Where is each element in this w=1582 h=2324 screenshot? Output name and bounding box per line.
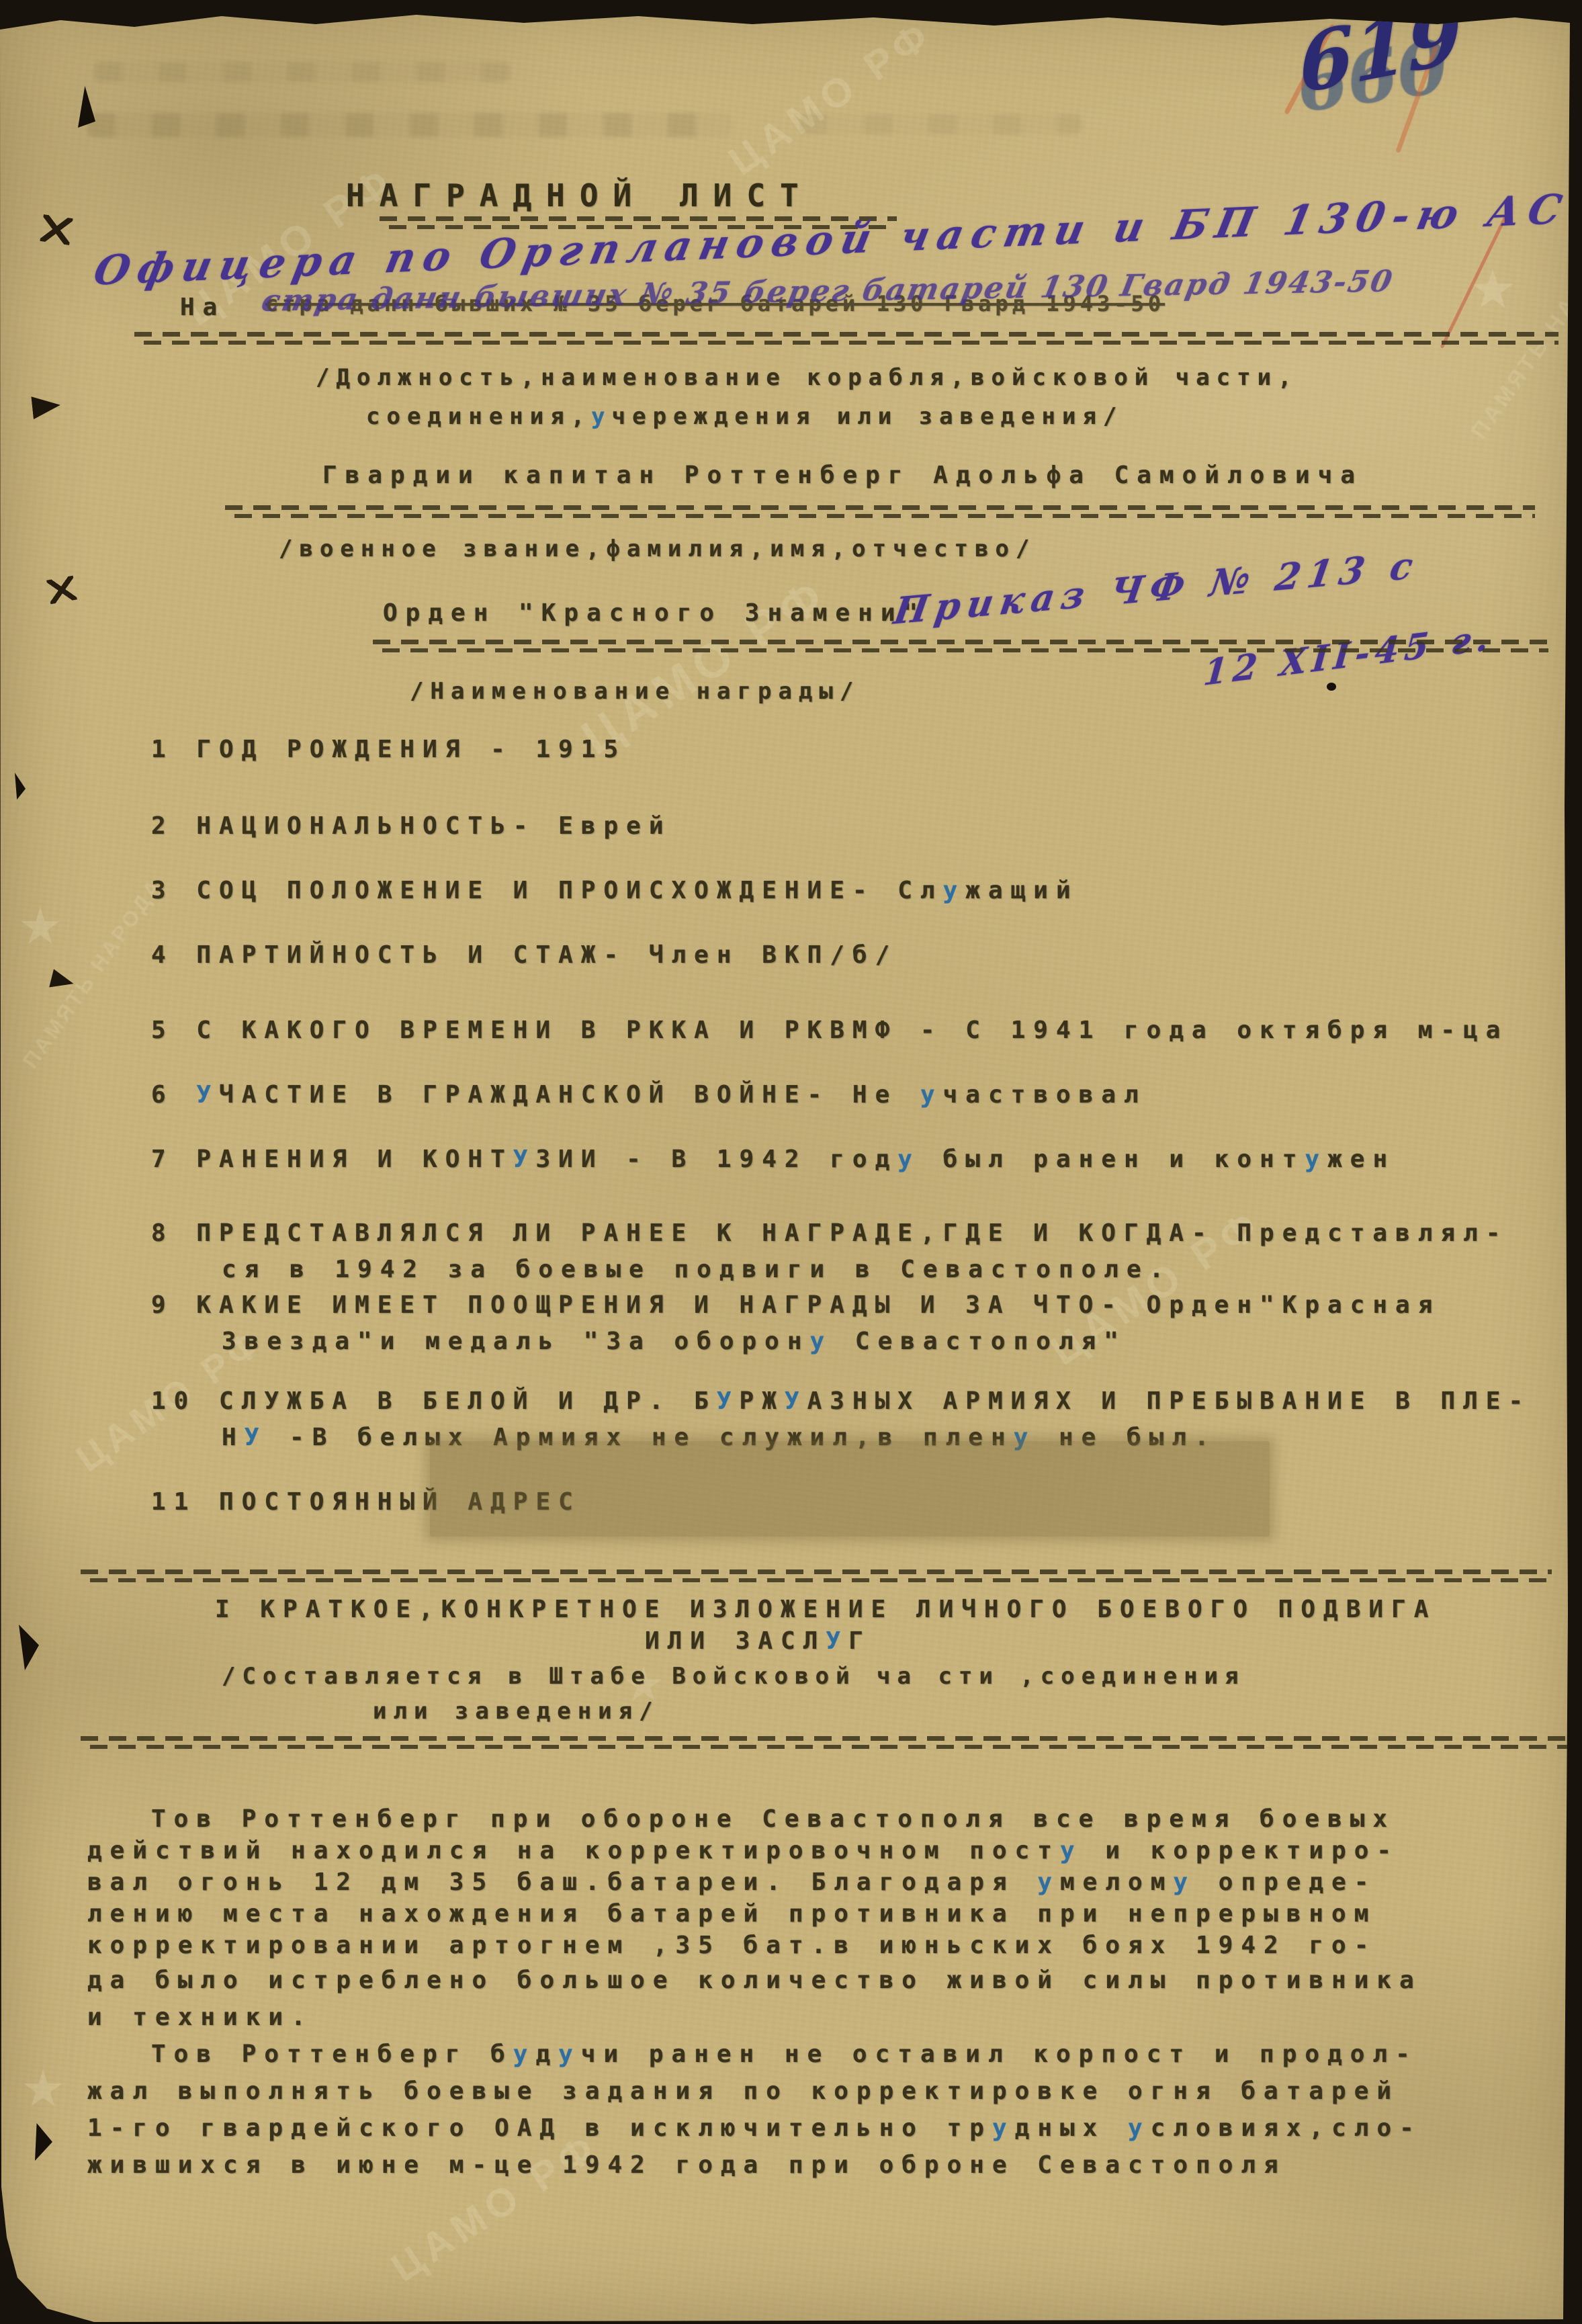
pamyat-naroda-star-icon: [23, 2069, 63, 2110]
item-white-army-line1: 10 СЛУЖБА В БЕЛОЙ И ДР. БУРЖУАЗНЫХ АРМИЯ…: [151, 1389, 1531, 1414]
typed-text-segment: чи ранен не оставил корпост и продол-: [581, 2040, 1418, 2068]
blue-ink-correction: у: [1037, 1868, 1060, 1896]
blue-ink-correction: у: [591, 403, 611, 430]
na-prefix: На: [180, 296, 225, 320]
award-name-line: Орден "Красного Знамени": [383, 601, 926, 626]
blue-ink-correction: У: [785, 1387, 807, 1415]
dashed-divider: [81, 1736, 1569, 1750]
typed-text-segment: 6: [151, 1081, 196, 1109]
item-prior-nominations-line1: 8 ПРЕДСТАВЛЯЛСЯ ЛИ РАНЕЕ К НАГРАДЕ,ГДЕ И…: [151, 1221, 1508, 1246]
blue-ink-correction: У: [245, 1424, 267, 1451]
item-wounds: 7 РАНЕНИЯ И КОНТУЗИИ - В 1942 году был р…: [151, 1148, 1395, 1172]
typed-text-segment: жен: [1327, 1146, 1395, 1173]
blue-ink-correction: у: [920, 1081, 943, 1109]
typed-text-segment: д: [535, 2040, 558, 2068]
position-hint-line2: соединения,учереждения или заведения/: [366, 405, 1123, 428]
typed-text-segment: дных: [1015, 2114, 1128, 2142]
item-party-membership: 4 ПАРТИЙНОСТЬ И СТАЖ- Член ВКП/б/: [151, 943, 897, 967]
position-hint-line1: /Должность,наименование корабля,войсково…: [316, 366, 1299, 389]
typed-text-segment: 1-го гвардейского ОАД в исключительно тр: [87, 2114, 992, 2142]
scanned-award-document: { "stamp": { "number": "619", "number_fa…: [0, 0, 1582, 2324]
blue-ink-correction: У: [513, 1146, 536, 1173]
rank-hint-line: /военное звание,фамилия,имя,отчество/: [279, 537, 1036, 560]
blue-ink-correction: У: [717, 1387, 740, 1415]
blue-ink-correction: у: [1305, 1146, 1327, 1173]
citation-paragraph1-line1: Тов Роттенберг при обороне Севастополя в…: [151, 1807, 1395, 1832]
dashed-divider: [134, 332, 1558, 345]
typed-text-segment: Севастополя": [832, 1328, 1127, 1355]
typed-text-segment: частвовал: [943, 1081, 1147, 1109]
blue-ink-correction: у: [1060, 1837, 1083, 1864]
archive-watermark: ЦАМО РФ: [720, 10, 941, 185]
faded-stamp-smudge: [87, 113, 732, 137]
blue-ink-correction: у: [897, 1146, 920, 1173]
typed-text-segment: действий находился на корректировочном п…: [87, 1837, 1060, 1864]
typed-text-segment: АЗНЫХ АРМИЯХ И ПРЕБЫВАНИЕ В ПЛЕ-: [807, 1387, 1532, 1415]
item-social-position: 3 СОЦ ПОЛОЖЕНИЕ И ПРОИСХОЖДЕНИЕ- Служащи…: [151, 879, 1079, 903]
typed-text-segment: словиях,сло-: [1151, 2114, 1422, 2142]
blue-ink-correction: у: [810, 1328, 833, 1355]
citation-paragraph2-line2: жал выполнять боевые задания по корректи…: [87, 2079, 1399, 2104]
paper-tear: [15, 773, 26, 800]
typed-text-segment: был ранен и конт: [920, 1146, 1305, 1173]
award-hint-line: /Наименование награды/: [410, 680, 860, 703]
blue-ink-correction: у: [558, 2040, 581, 2068]
typed-text-segment: Тов Роттенберг б: [151, 2040, 513, 2068]
typed-text-segment: мелом: [1060, 1868, 1173, 1896]
citation-paragraph1-line4: лению места нахождения батарей противник…: [87, 1902, 1376, 1926]
document-paper: ЦАМО РФ ЦАМО РФ ЦАМО РФ ЦАМО РФ ЦАМО РФ …: [0, 0, 1582, 2324]
typed-text-segment: череждения или заведения/: [612, 403, 1124, 430]
award-date-annotation: 12 XII-45 г.: [1202, 620, 1495, 691]
paper-tear: [19, 1625, 39, 1670]
citation-paragraph1-line5: корректировании артогнем ,35 бат.в июньс…: [87, 1934, 1376, 1958]
citation-paragraph2-line3: 1-го гвардейского ОАД в исключительно тр…: [87, 2116, 1422, 2141]
item-birth-year: 1 ГОД РОЖДЕНИЯ - 1915: [151, 738, 626, 762]
typed-text-segment: и корректиро-: [1083, 1837, 1399, 1864]
typed-text-segment: ЗИИ - В 1942 год: [535, 1146, 897, 1173]
pamyat-naroda-watermark: ПАМЯТЬ НАРОДА: [18, 873, 168, 1073]
typed-text-segment: 10 СЛУЖБА В БЕЛОЙ И ДР. Б: [151, 1387, 717, 1415]
margin-arrow-mark: [49, 969, 76, 992]
typed-text-segment: Звезда"и медаль "За оборон: [222, 1328, 810, 1355]
citation-paragraph1-line6: да было истреблено большое количество жи…: [87, 1969, 1422, 1993]
item-existing-awards-line2: Звезда"и медаль "За оборону Севастополя": [222, 1330, 1127, 1354]
pamyat-naroda-star-icon: [20, 907, 60, 947]
blue-ink-correction: У: [826, 1627, 848, 1655]
margin-x-mark: [46, 576, 77, 604]
typed-text-segment: 3 СОЦ ПОЛОЖЕНИЕ И ПРОИСХОЖДЕНИЕ- Сл: [151, 877, 943, 904]
item-prior-nominations-line2: ся в 1942 за боевые подвиги в Севастопол…: [222, 1258, 1172, 1282]
typed-text-segment: Г: [848, 1627, 871, 1655]
redacted-address-block: [430, 1441, 1270, 1537]
item-civil-war: 6 УЧАСТИЕ В ГРАЖДАНСКОЙ ВОЙНЕ- Не участв…: [151, 1083, 1147, 1107]
citation-paragraph1-line2: действий находился на корректировочном п…: [87, 1839, 1399, 1863]
margin-x-mark: [40, 214, 73, 245]
typed-text-segment: 7 РАНЕНИЯ И КОНТ: [151, 1146, 513, 1173]
paper-tear: [78, 86, 95, 128]
ink-blot: [1327, 683, 1336, 691]
section-heading-line1: I КРАТКОЕ,КОНКРЕТНОЕ ИЗЛОЖЕНИЕ ЛИЧНОГО Б…: [215, 1598, 1436, 1622]
blue-ink-correction: у: [992, 2114, 1015, 2142]
form-title: НАГРАДНОЙ ЛИСТ: [346, 180, 814, 211]
citation-paragraph2-line1: Тов Роттенберг будучи ранен не оставил к…: [151, 2042, 1418, 2067]
typed-text-segment: вал огонь 12 дм 35 баш.батареи. Благодар…: [87, 1868, 1037, 1896]
citation-paragraph1-line3: вал огонь 12 дм 35 баш.батареи. Благодар…: [87, 1870, 1376, 1895]
item-service-since: 5 С КАКОГО ВРЕМЕНИ В РККА И РКВМФ - С 19…: [151, 1019, 1508, 1043]
typed-text-segment: ИЛИ ЗАСЛ: [645, 1627, 826, 1655]
section-hint-line2: или заведения/: [373, 1700, 660, 1723]
blue-ink-correction: У: [196, 1081, 219, 1109]
typed-text-segment: Н: [222, 1424, 245, 1451]
paper-tear: [35, 2123, 52, 2161]
blue-ink-correction: у: [1173, 1868, 1196, 1896]
margin-arrow-mark: [31, 394, 61, 419]
typed-text-segment: РЖ: [740, 1387, 785, 1415]
dashed-divider: [373, 640, 1548, 653]
section-heading-line2: ИЛИ ЗАСЛУГ: [645, 1629, 871, 1653]
faded-stamp-smudge: [799, 114, 1082, 134]
item-nationality: 2 НАЦИОНАЛЬНОСТЬ- Еврей: [151, 814, 672, 838]
item-existing-awards-line1: 9 КАКИЕ ИМЕЕТ ПООЩРЕНИЯ И НАГРАДЫ И ЗА Ч…: [151, 1293, 1440, 1318]
typed-text-segment: опреде-: [1196, 1868, 1376, 1896]
faded-stamp-smudge: [94, 62, 511, 82]
typed-text-segment: ЧАСТИЕ В ГРАЖДАНСКОЙ ВОЙНЕ- Не: [219, 1081, 920, 1109]
citation-paragraph1-line7: и техники.: [87, 2006, 314, 2030]
typed-text-segment: соединения,: [366, 403, 591, 430]
blue-ink-correction: у: [943, 877, 966, 904]
archive-watermark: ЦАМО РФ: [383, 2122, 607, 2291]
dashed-divider: [225, 505, 1535, 519]
blue-ink-correction: у: [1128, 2114, 1151, 2142]
typed-text-segment: жащий: [965, 877, 1078, 904]
citation-paragraph2-line4: жившихся в июне м-це 1942 года при оброн…: [87, 2153, 1286, 2178]
section-hint-line1: /Составляется в Штабе Войсковой ча сти ,…: [222, 1665, 1245, 1688]
blue-ink-correction: у: [513, 2040, 536, 2068]
recipient-name-line: Гвардии капитан Роттенберг Адольфа Самой…: [322, 464, 1363, 488]
dashed-divider: [81, 1569, 1552, 1583]
